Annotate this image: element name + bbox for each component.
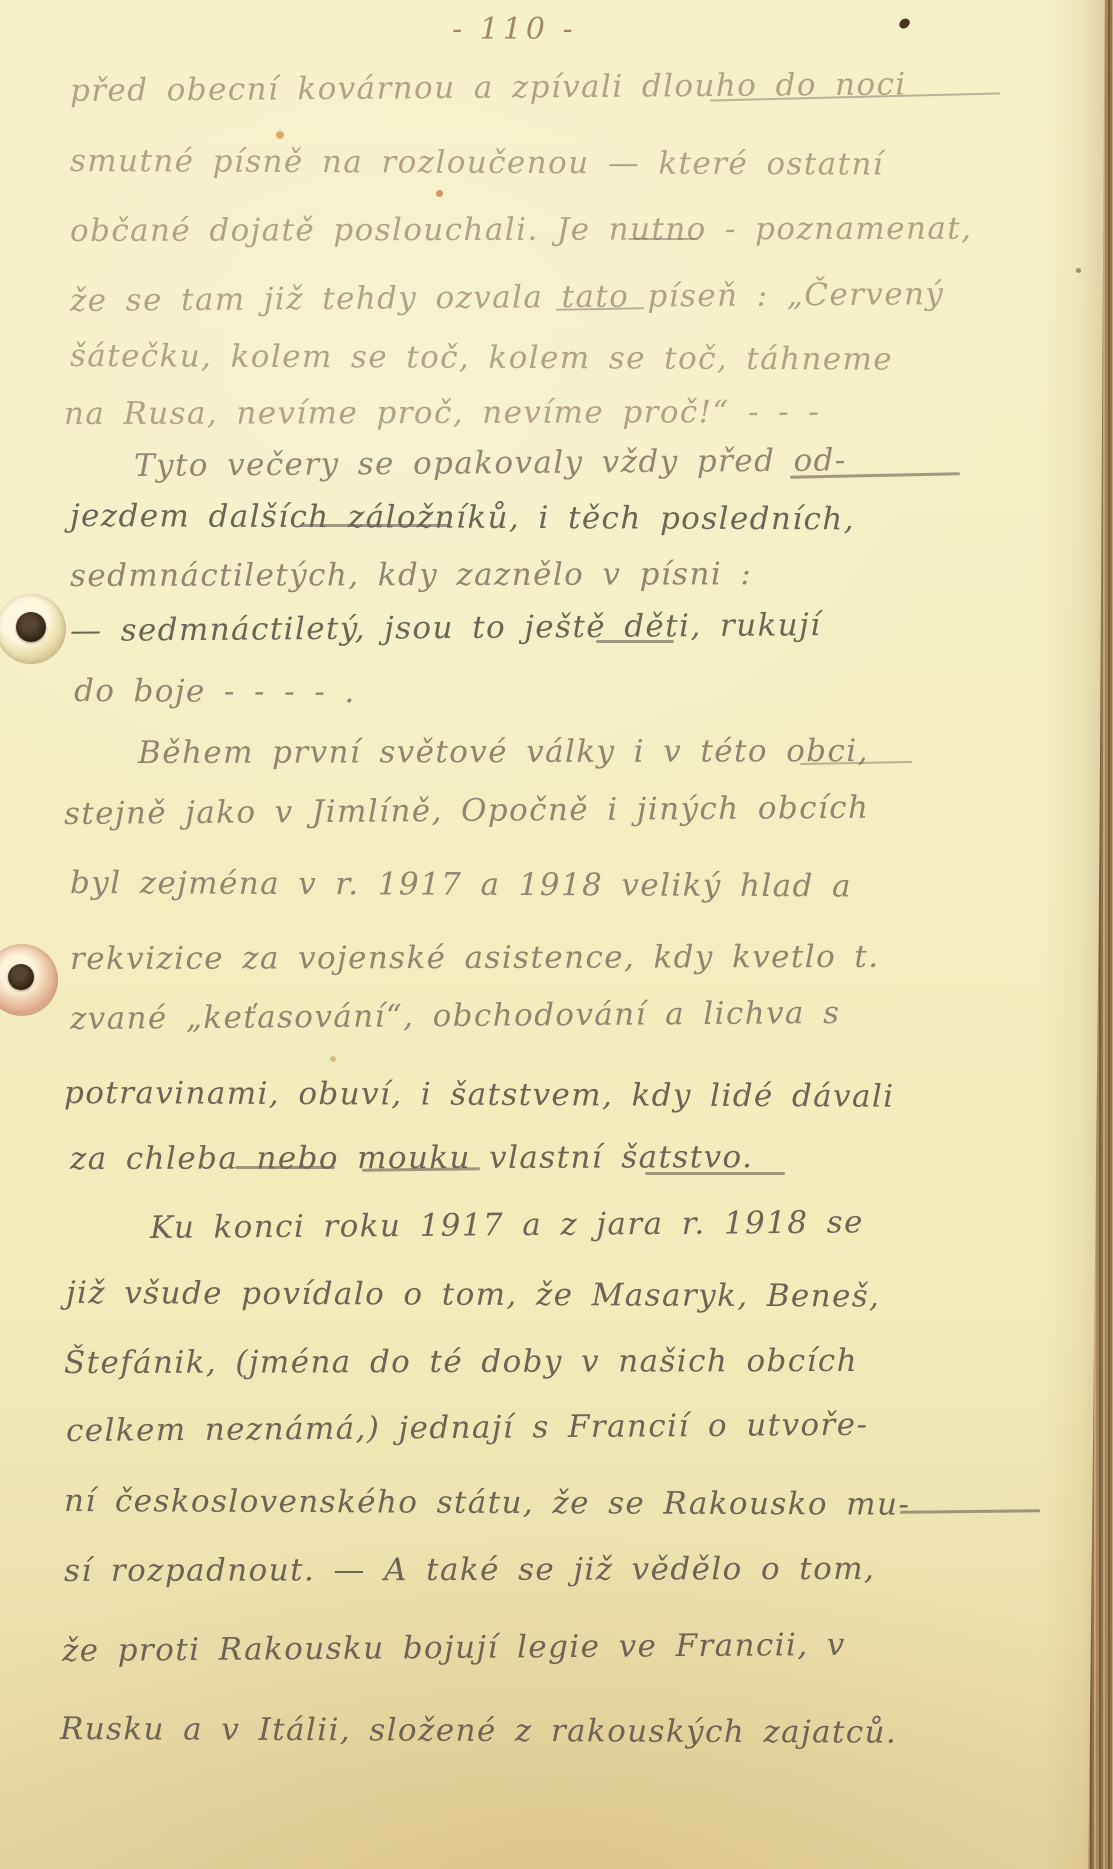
manuscript-line: že proti Rakousku bojují legie ve Franci… bbox=[62, 1625, 846, 1671]
pen-strike-mark bbox=[300, 524, 450, 527]
pen-strike-mark bbox=[645, 1172, 785, 1175]
manuscript-line: potravinami, obuví, i šatstvem, kdy lidé… bbox=[64, 1073, 895, 1117]
pen-strike-mark bbox=[596, 640, 674, 643]
manuscript-line: že se tam již tehdy ozvala tato píseň : … bbox=[70, 274, 945, 321]
manuscript-line: již všude povídalo o tom, že Masaryk, Be… bbox=[66, 1273, 881, 1317]
manuscript-line: před obecní kovárnou a zpívali dlouho do… bbox=[70, 64, 907, 111]
manuscript-line: zvané „keťasování“, obchodování a lichva… bbox=[70, 993, 841, 1039]
manuscript-line: smutné písně na rozloučenou — které osta… bbox=[70, 141, 884, 185]
foxing-speck bbox=[436, 190, 443, 197]
manuscript-line: rekvizice za vojenské asistence, kdy kve… bbox=[70, 937, 880, 979]
punch-hole-pit bbox=[16, 612, 46, 642]
manuscript-line: Štefánik, (jména do té doby v našich obc… bbox=[64, 1341, 858, 1383]
page-number: - 110 - bbox=[452, 12, 577, 47]
manuscript-line: Během první světové války i v této obci, bbox=[138, 731, 869, 773]
manuscript-line: do boje - - - - . bbox=[74, 671, 356, 712]
manuscript-line: — sedmnáctiletý, jsou to ještě děti, ruk… bbox=[70, 605, 822, 651]
foxing-speck bbox=[1076, 268, 1081, 273]
manuscript-line: šátečku, kolem se toč, kolem se toč, táh… bbox=[70, 336, 893, 380]
foxing-speck bbox=[330, 1056, 336, 1062]
manuscript-line: stejně jako v Jimlíně, Opočně i jiných o… bbox=[64, 788, 870, 834]
manuscript-scan: - 110 - před obecní kovárnou a zpívali d… bbox=[0, 0, 1113, 1869]
foxing-speck bbox=[276, 131, 284, 139]
manuscript-line: Ku konci roku 1917 a z jara r. 1918 se bbox=[150, 1202, 864, 1248]
pen-strike-mark bbox=[235, 1166, 335, 1169]
manuscript-line: sí rozpadnout. — A také se již vědělo o … bbox=[64, 1549, 875, 1591]
manuscript-line: byl zejména v r. 1917 a 1918 veliký hlad… bbox=[70, 863, 852, 906]
manuscript-line: na Rusa, nevíme proč, nevíme proč!“ - - … bbox=[64, 392, 820, 434]
manuscript-line: Rusku a v Itálii, složené z rakouských z… bbox=[60, 1709, 897, 1753]
punch-hole-pit bbox=[8, 964, 34, 990]
manuscript-line: jezdem dalších záložníků, i těch posledn… bbox=[70, 496, 855, 539]
manuscript-line: občané dojatě poslouchali. Je nutno - po… bbox=[70, 209, 972, 251]
manuscript-line: ní československého státu, že se Rakousk… bbox=[64, 1481, 910, 1525]
manuscript-line: celkem neznámá,) jednají s Francií o utv… bbox=[66, 1405, 869, 1451]
pen-strike-mark bbox=[628, 238, 698, 240]
manuscript-line: sedmnáctiletých, kdy zaznělo v písni : bbox=[70, 554, 752, 596]
manuscript-line: Tyto večery se opakovaly vždy před od- bbox=[134, 440, 847, 486]
